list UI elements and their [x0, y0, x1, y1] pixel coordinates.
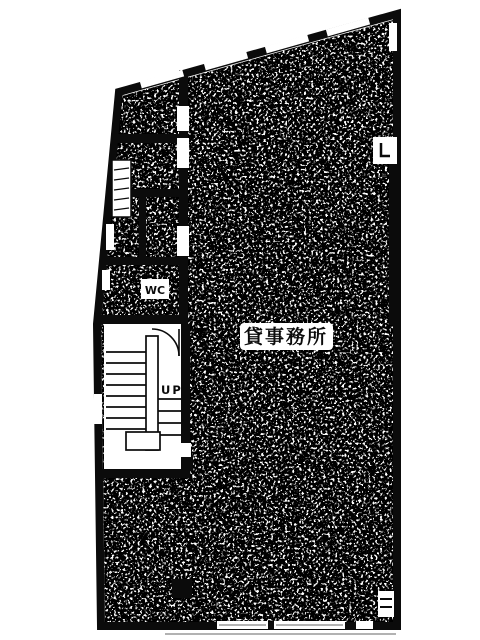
staircase: UP: [104, 324, 183, 469]
window-right-top: [389, 23, 397, 51]
wall-right-pilaster: [389, 160, 398, 325]
wc-label: WC: [145, 284, 165, 297]
door-gap-top: [177, 106, 189, 131]
wall-h3: [105, 257, 183, 265]
main-room: 貸事務所: [240, 323, 333, 350]
main-room-label: 貸事務所: [244, 325, 328, 348]
wall-h1: [112, 134, 183, 143]
up-label: UP: [161, 383, 183, 397]
window-left-2: [102, 270, 110, 290]
wall-room-divider: [139, 197, 146, 257]
door-gap-1: [177, 138, 189, 168]
wall-stair-top: [100, 315, 188, 324]
floorplan-page: UP WC 貸事務所: [0, 0, 480, 640]
floorplan-svg: UP WC 貸事務所: [0, 0, 480, 640]
service-shaft: [112, 160, 131, 217]
alcove-recess: [373, 137, 397, 164]
column-pillar: [172, 579, 192, 598]
door-gap-2: [177, 226, 189, 256]
window-bottom-3: [356, 621, 373, 629]
recess-box: [378, 591, 394, 617]
window-left-1: [106, 224, 114, 250]
bottom-right-recess: [378, 591, 394, 617]
toilet-room: WC: [141, 279, 169, 299]
window-left-3: [94, 394, 102, 424]
stair-landing: [126, 432, 160, 450]
right-wall-alcove: [373, 137, 397, 164]
